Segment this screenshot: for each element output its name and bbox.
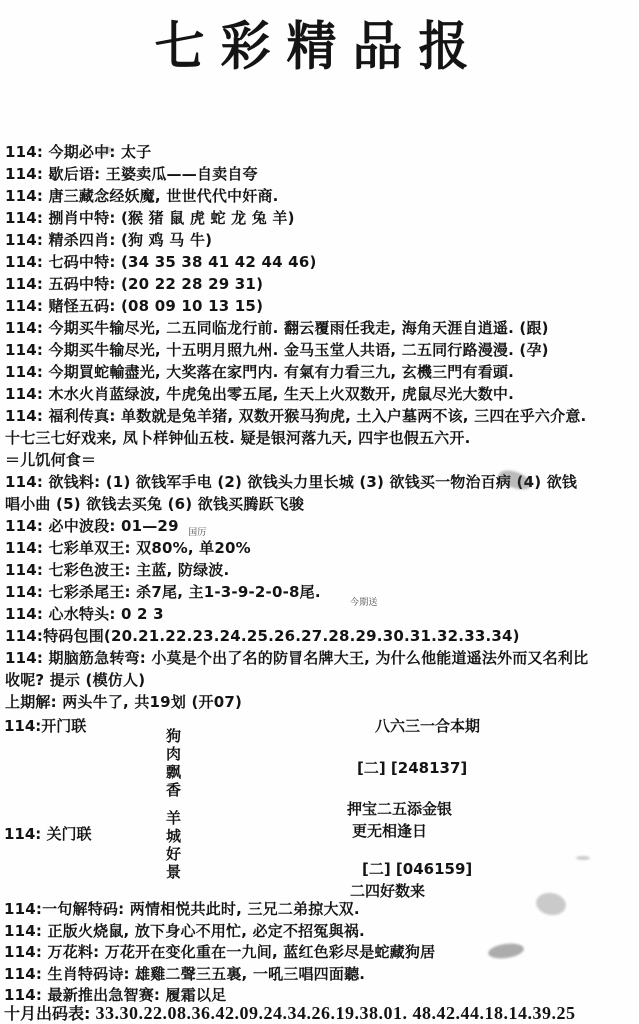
open-couplet-label: 114:开门联 [4,715,86,736]
monthly-results-row: 十月出码表: 33.30.22.08.36.42.09.24.34.26.19.… [4,1001,576,1024]
tip-line: 114: 心水特头: 0 2 3 [5,603,637,625]
open-couplet-code: [二] [248137] [357,757,467,778]
results-numbers: 33.30.22.08.36.42.09.24.34.26.19.38.01. … [96,1003,576,1023]
tip-line: 收呢? 提示 (模仿人) [5,669,637,691]
tip-line: 114: 五码中特: (20 22 28 29 31) [5,273,637,295]
close-couplet-right: 更无相逢日 [352,820,427,841]
page-title: 七彩精品报 [0,4,639,80]
tip-line: 114: 今期買蛇輸盡光, 大奖落在家門内. 有氣有力看三九, 玄機三門有看頭. [5,361,637,383]
tip-line: 114: 七码中特: (34 35 38 41 42 44 46) [5,251,637,273]
tip-line: 114: 赌怪五码: (08 09 10 13 15) [5,295,637,317]
tip-line-tail: 114: 七彩杀尾王: 杀7尾, 主1-3-9-2-0-8尾. 今期送 [5,581,637,603]
results-label: 十月出码表: [4,1004,90,1023]
tip-line: 114: 七彩单双王: 双80%, 单20% [5,537,637,559]
tip-line: 114: 福利传真: 单数就是兔羊猪, 双数开猴马狗虎, 土入户墓两不该, 三四… [5,405,637,427]
scan-smudge [576,856,590,860]
tip-line: 114: 欲钱料: (1) 欲钱军手电 (2) 欲钱头力里长城 (3) 欲钱买一… [5,471,637,493]
tip-line: 114: 捌肖中特: (猴 猪 鼠 虎 蛇 龙 兔 羊) [5,207,637,229]
tip-text: 114: 七彩杀尾王: 杀7尾, 主1-3-9-2-0-8尾. [5,583,321,601]
tip-text: 114: 必中波段: 01—29 [5,517,179,535]
tip-line: 114: 生肖特码诗: 雄雞二聲三五裏, 一吼三唱四面聽. [4,964,636,986]
close-couplet-intro: 押宝二五添金银 [347,798,452,819]
tip-line: 114: 唐三藏念经妖魔, 世世代代中奸商. [5,185,637,207]
close-couplet-bottom: 二四好数来 [350,880,425,901]
open-couplet-vertical: 狗肉飘香 [163,728,184,800]
scanned-lottery-sheet: 七彩精品报 114: 今期必中: 太子 114: 歇后语: 王婆卖瓜——自卖自夸… [0,0,639,1024]
section-divider-line: ＝儿饥何食＝ [5,449,637,471]
tip-line: 114: 今期买牛输尽光, 二五同临龙行前. 翻云覆雨任我走, 海角天涯自逍遥.… [5,317,637,339]
tip-lines-section: 114: 今期必中: 太子 114: 歇后语: 王婆卖瓜——自卖自夸 114: … [5,141,637,713]
tip-line: 114: 精杀四肖: (狗 鸡 马 牛) [5,229,637,251]
tip-line: 114:特码包围(20.21.22.23.24.25.26.27.28.29.3… [5,625,637,647]
bottom-tips-section: 114:一句解特码: 两情相悦共此时, 三兄二弟掠大双. 114: 正版火烧鼠,… [4,899,636,1007]
couplet-section: 114:开门联 八六三一合本期 狗肉飘香 [二] [248137] 押宝二五添金… [0,710,639,900]
tip-line: 114: 木水火肖蓝绿波, 牛虎兔出零五尾, 生天上火双数开, 虎鼠尽光大数中. [5,383,637,405]
tip-line: 114: 七彩色波王: 主蓝, 防绿波. [5,559,637,581]
tip-line: 114: 今期买牛输尽光, 十五明月照九州. 金马玉堂人共语, 二五同行路漫漫.… [5,339,637,361]
tip-line: 114: 正版火烧鼠, 放下身心不用忙, 必定不招冤與祸. [4,921,636,943]
open-couplet-top-right: 八六三一合本期 [375,715,480,736]
close-couplet-label: 114: 关门联 [4,823,92,844]
tip-line: 114: 期脑筋急转弯: 小莫是个出了名的防冒名牌大王, 为什么他能道遥法外而又… [5,647,637,669]
tip-line: 十七三七好戏来, 凤卜样钟仙五枝. 疑是银河落九天, 四宇也假五六开. [5,427,637,449]
tip-line: 唱小曲 (5) 欲钱去买兔 (6) 欲钱买腾跃飞骏 [5,493,637,515]
tip-line-wave: 114: 必中波段: 01—29 国厉 [5,515,637,537]
tip-line: 114: 万花料: 万花开在变化重在一九间, 蓝红色彩尽是蛇藏狗居 [4,942,636,964]
close-couplet-code: [二] [046159] [362,858,472,879]
close-couplet-vertical: 羊城好景 [163,810,184,882]
tip-line: 114: 歇后语: 王婆卖瓜——自卖自夸 [5,163,637,185]
